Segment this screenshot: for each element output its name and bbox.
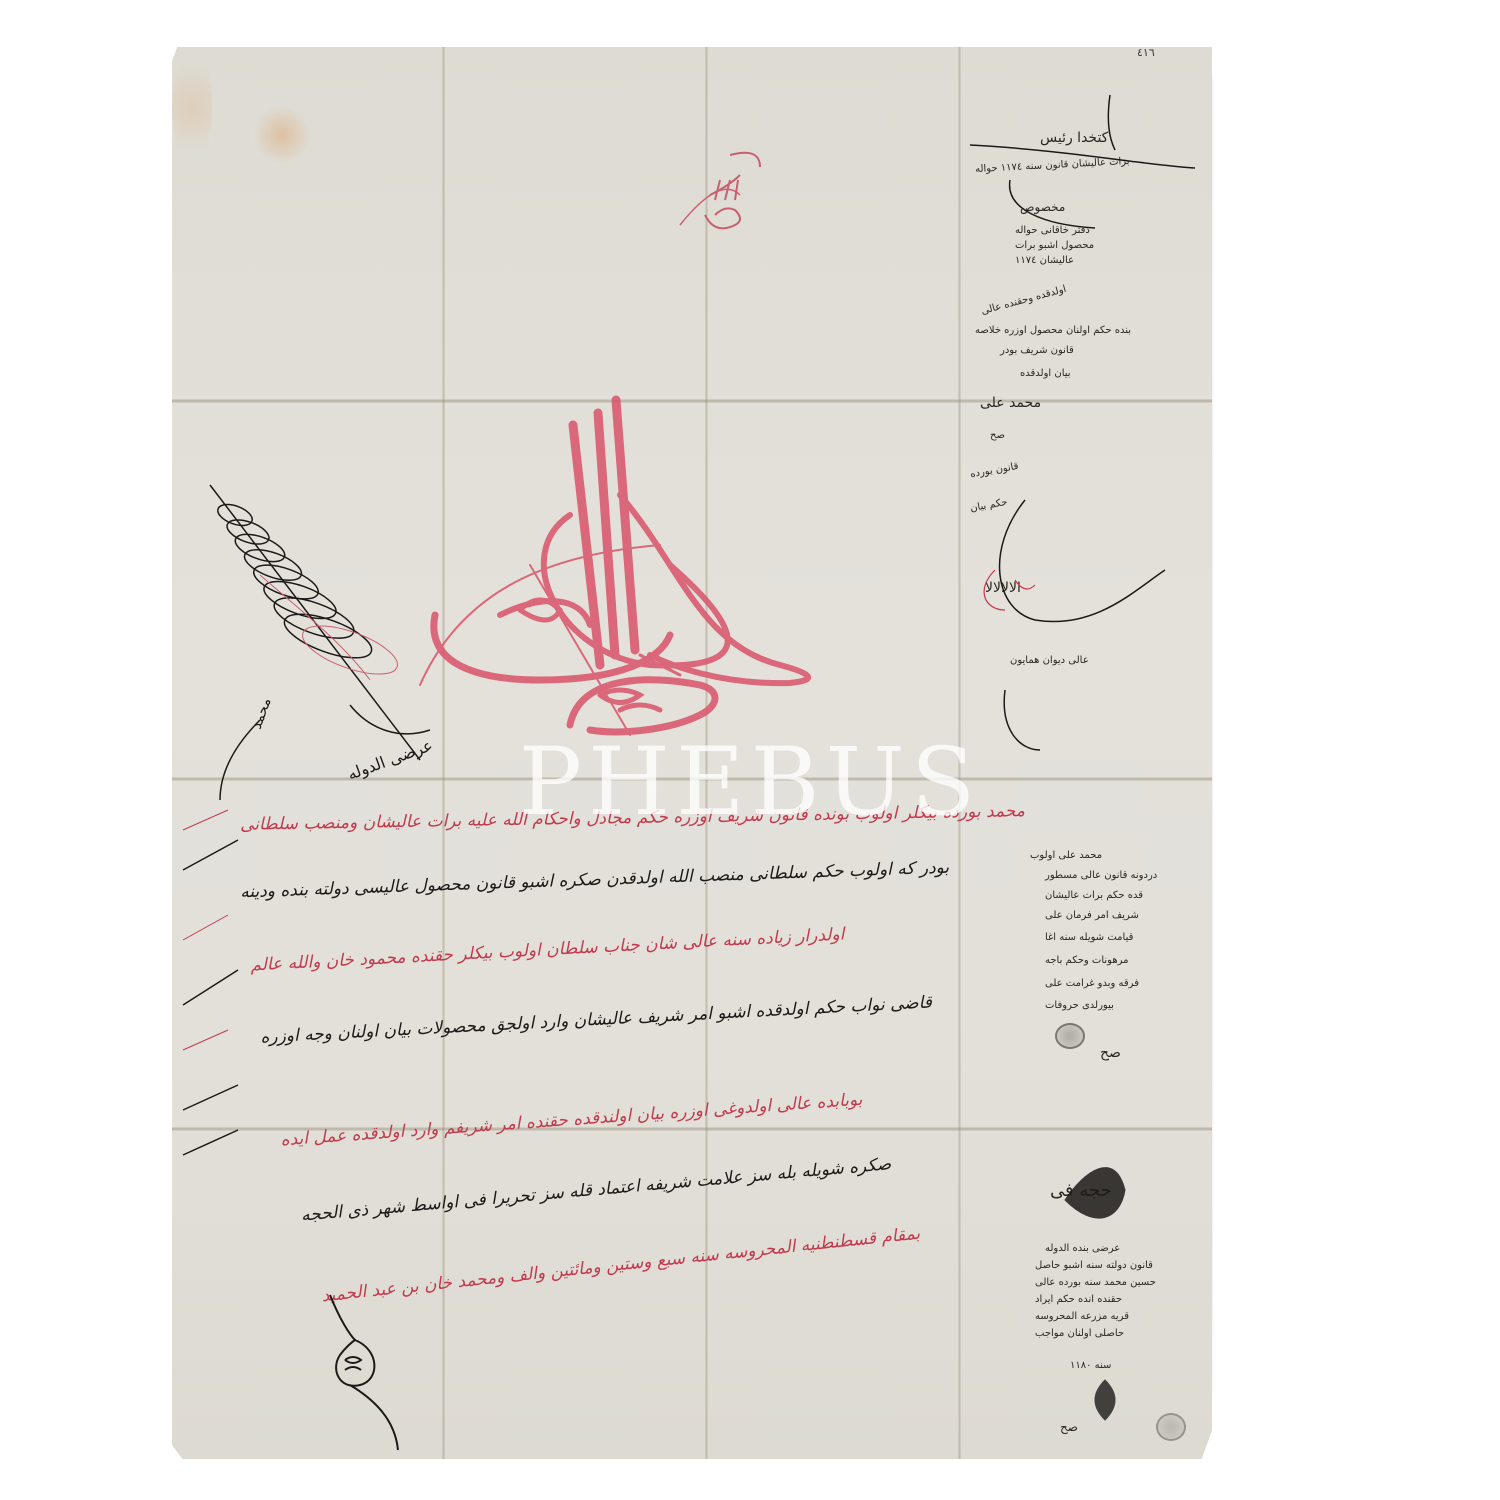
edge-stain xyxy=(172,47,212,167)
teardrop-signature-icon xyxy=(320,1290,400,1450)
svg-text:ﻣﺤﻤﺪ: ﻣﺤﻤﺪ xyxy=(249,696,275,732)
watermark-text: PHEBUS xyxy=(0,728,1500,837)
left-margin-strokes xyxy=(178,790,278,1290)
small-red-signature-icon xyxy=(670,145,790,275)
tughra-icon xyxy=(420,395,840,775)
round-seal-bottom-right xyxy=(1156,1413,1186,1441)
round-seal-mid-right xyxy=(1055,1023,1085,1049)
stain xyxy=(252,107,312,163)
